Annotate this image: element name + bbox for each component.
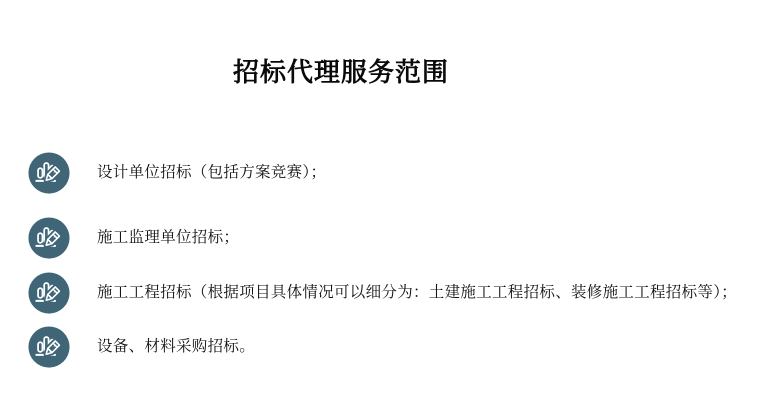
bar-chart-pencil-icon [28, 152, 70, 194]
bar-chart-pencil-icon [28, 272, 70, 314]
bar-chart-pencil-icon [28, 326, 70, 368]
bar-chart-pencil-icon [28, 217, 70, 259]
list-item-text: 设备、材料采购招标。 [97, 337, 255, 357]
page-title: 招标代理服务范围 [233, 56, 449, 88]
list-item: 设备、材料采购招标。 [28, 325, 255, 368]
list-item-text: 施工监理单位招标； [97, 228, 239, 248]
list-item-text: 设计单位招标（包括方案竞赛）； [97, 163, 326, 183]
list-item: 设计单位招标（包括方案竞赛）； [28, 151, 326, 194]
list-item-text: 施工工程招标（根据项目具体情况可以细分为：土建施工工程招标、装修施工工程招标等）… [97, 283, 737, 303]
list-item: 施工监理单位招标； [28, 216, 239, 259]
list-item: 施工工程招标（根据项目具体情况可以细分为：土建施工工程招标、装修施工工程招标等）… [28, 271, 737, 314]
document-page: 招标代理服务范围 [0, 0, 762, 420]
